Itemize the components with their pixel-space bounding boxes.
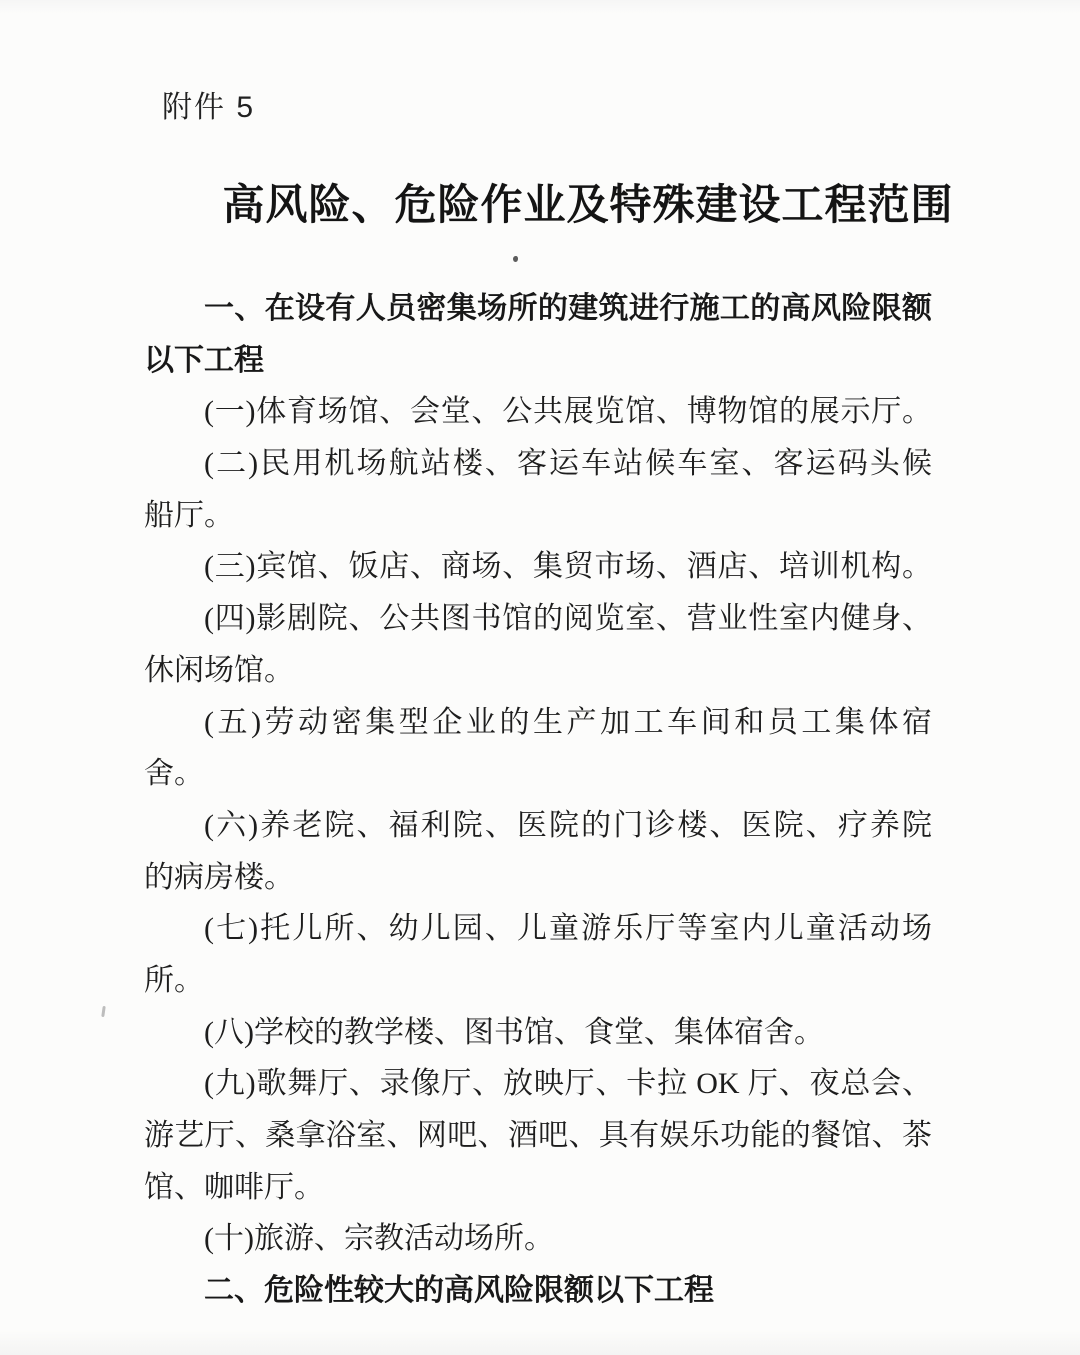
text-line: (二)民用机场航站楼、客运车站候车室、客运码头候 — [144, 438, 932, 490]
text-line: 以下工程 — [144, 335, 932, 387]
text-line: 一、在设有人员密集场所的建筑进行施工的高风险限额 — [144, 283, 932, 335]
text-line: 二、危险性较大的高风险限额以下工程 — [144, 1265, 932, 1317]
document-body: 一、在设有人员密集场所的建筑进行施工的高风险限额以下工程(一)体育场馆、会堂、公… — [144, 283, 932, 1317]
text-line: (四)影剧院、公共图书馆的阅览室、营业性室内健身、 — [144, 593, 932, 645]
text-line: (六)养老院、福利院、医院的门诊楼、医院、疗养院 — [144, 800, 932, 852]
text-line: (十)旅游、宗教活动场所。 — [144, 1213, 932, 1265]
scan-mark-icon — [101, 1006, 106, 1017]
text-line: (九)歌舞厅、录像厅、放映厅、卡拉 OK 厅、夜总会、 — [144, 1058, 932, 1110]
text-line: (五)劳动密集型企业的生产加工车间和员工集体宿 — [144, 697, 932, 749]
document-page: 附件 5 高风险、危险作业及特殊建设工程范围 一、在设有人员密集场所的建筑进行施… — [0, 0, 1080, 1355]
text-line: 馆、咖啡厅。 — [144, 1162, 932, 1214]
text-line: (八)学校的教学楼、图书馆、食堂、集体宿舍。 — [144, 1007, 932, 1059]
document-title: 高风险、危险作业及特殊建设工程范围 — [143, 172, 1033, 232]
attachment-label: 附件 5 — [162, 82, 255, 126]
text-line: 船厅。 — [144, 490, 932, 542]
text-line: 游艺厅、桑拿浴室、网吧、酒吧、具有娱乐功能的餐馆、茶 — [144, 1110, 932, 1162]
scan-speck-icon — [513, 256, 518, 262]
text-line: 舍。 — [144, 748, 932, 800]
text-line: (七)托儿所、幼儿园、儿童游乐厅等室内儿童活动场 — [144, 903, 932, 955]
text-line: 休闲场馆。 — [144, 645, 932, 697]
text-line: 所。 — [144, 955, 932, 1007]
text-line: 的病房楼。 — [144, 852, 932, 904]
text-line: (三)宾馆、饭店、商场、集贸市场、酒店、培训机构。 — [144, 541, 932, 593]
text-line: (一)体育场馆、会堂、公共展览馆、博物馆的展示厅。 — [144, 386, 932, 438]
